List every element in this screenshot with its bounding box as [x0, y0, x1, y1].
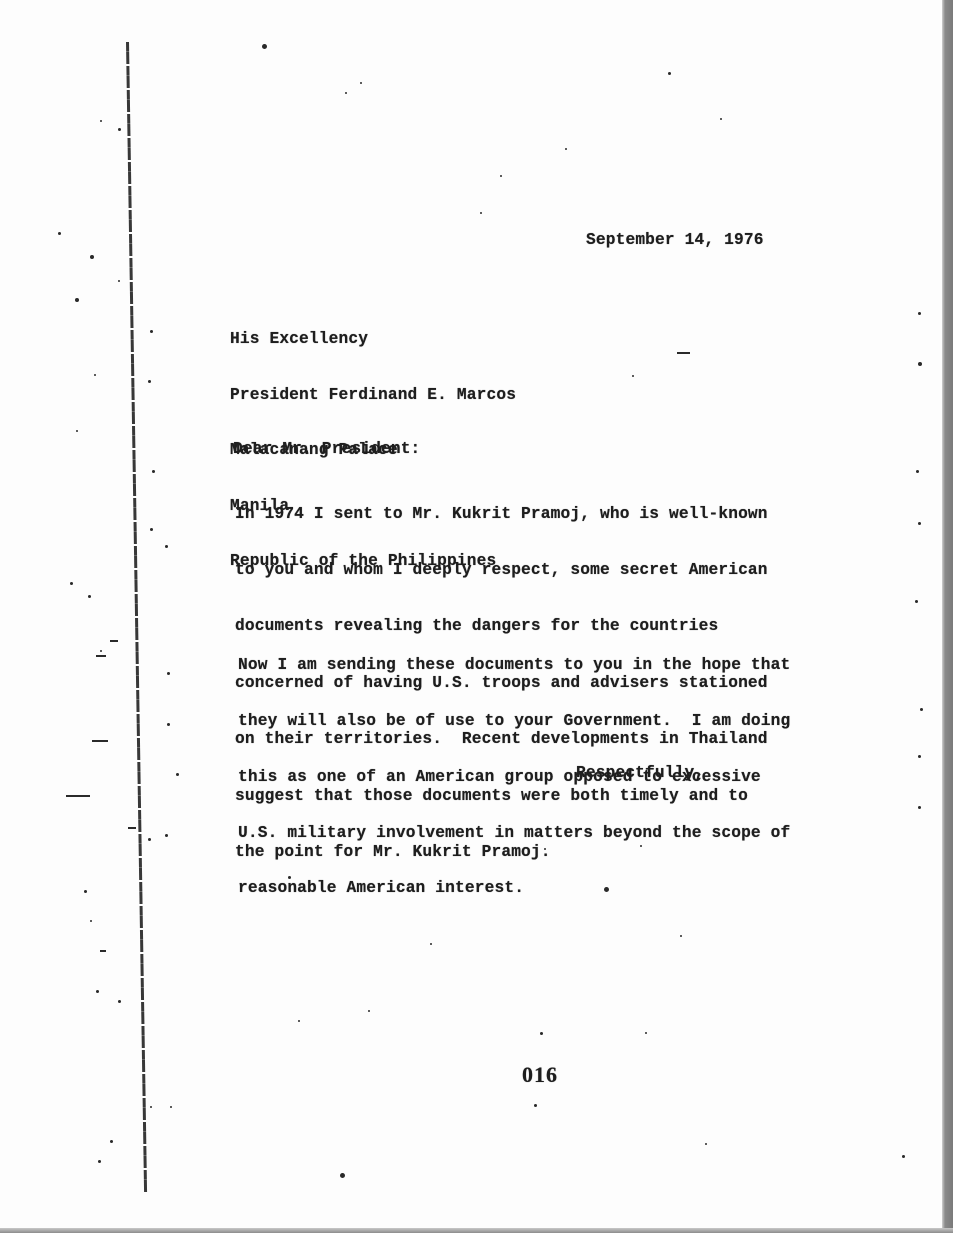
scan-speck [150, 528, 153, 531]
scan-speck [90, 920, 92, 922]
scan-speck [604, 887, 609, 892]
scan-speck [110, 1140, 113, 1143]
paragraph-line: this as one of an American group opposed… [238, 768, 790, 787]
scan-speck [430, 943, 432, 945]
scan-speck [100, 650, 102, 652]
scan-speck [640, 845, 642, 847]
scan-speck [288, 876, 291, 879]
paragraph-line: to you and whom I deeply respect, some s… [235, 561, 768, 580]
scan-speck [360, 82, 362, 84]
scan-speck [170, 1106, 172, 1108]
scan-speck [88, 595, 91, 598]
scan-speck [165, 545, 168, 548]
scan-speck [480, 212, 482, 214]
scan-speck [368, 1010, 370, 1012]
scan-speck [902, 1155, 905, 1158]
scan-speck [165, 834, 168, 837]
salutation: Dear Mr. President: [233, 440, 420, 459]
scan-speck [916, 470, 919, 473]
scan-speck [918, 522, 921, 525]
scan-speck [118, 280, 120, 282]
scan-speck [298, 1020, 300, 1022]
scan-speck [148, 380, 151, 383]
body-paragraph-2: Now I am sending these documents to you … [238, 619, 790, 935]
scan-speck [632, 375, 634, 377]
scan-speck [150, 330, 153, 333]
scan-mark [100, 950, 106, 952]
scan-speck [75, 298, 79, 302]
scan-speck [167, 723, 170, 726]
scan-mark [96, 655, 106, 657]
address-line: President Ferdinand E. Marcos [230, 386, 516, 405]
scan-speck [98, 1160, 101, 1163]
scan-speck [345, 92, 347, 94]
letter-date: September 14, 1976 [586, 231, 764, 250]
scan-speck [918, 755, 921, 758]
scan-speck [152, 470, 155, 473]
address-line: His Excellency [230, 330, 516, 349]
scan-speck [918, 806, 921, 809]
scan-mark [110, 640, 118, 642]
scan-speck [96, 990, 99, 993]
scan-speck [58, 232, 61, 235]
scan-speck [668, 72, 671, 75]
scan-speck [94, 374, 96, 376]
scan-speck [167, 672, 170, 675]
scan-speck [720, 118, 722, 120]
scan-speck [680, 935, 682, 937]
scan-speck [565, 148, 567, 150]
scan-speck [920, 708, 923, 711]
scan-speck [70, 582, 73, 585]
scan-speck [148, 838, 151, 841]
scan-speck [90, 255, 94, 259]
scan-mark [128, 827, 136, 829]
scan-speck [262, 44, 267, 49]
scan-mark [92, 740, 108, 742]
scan-speck [918, 362, 922, 366]
scan-speck [84, 890, 87, 893]
paragraph-line: In 1974 I sent to Mr. Kukrit Pramoj, who… [235, 505, 768, 524]
scan-speck [340, 1173, 345, 1178]
paragraph-line: Now I am sending these documents to you … [238, 656, 790, 675]
scan-edge-right [942, 0, 953, 1233]
paragraph-line: U.S. military involvement in matters bey… [238, 824, 790, 843]
scan-mark [66, 795, 90, 797]
scan-speck [918, 312, 921, 315]
scan-speck [705, 1143, 707, 1145]
scan-speck [645, 1032, 647, 1034]
left-margin-line [126, 42, 147, 1192]
scan-mark [677, 352, 690, 354]
scan-speck [534, 1104, 537, 1107]
scan-speck [118, 1000, 121, 1003]
scan-speck [176, 773, 179, 776]
scan-speck [540, 1032, 543, 1035]
scan-speck [500, 175, 502, 177]
closing: Respectfully, [576, 764, 704, 783]
scan-speck [398, 886, 400, 888]
scan-speck [150, 1106, 152, 1108]
scan-speck [544, 848, 546, 850]
scan-edge-bottom [0, 1228, 953, 1233]
page-number: 016 [522, 1066, 558, 1085]
paragraph-line: reasonable American interest. [238, 879, 790, 898]
scan-speck [118, 128, 121, 131]
scan-speck [100, 120, 102, 122]
scanned-letter-page: September 14, 1976 His Excellency Presid… [0, 0, 942, 1228]
scan-speck [915, 600, 918, 603]
paragraph-line: they will also be of use to your Governm… [238, 712, 790, 731]
scan-speck [76, 430, 78, 432]
